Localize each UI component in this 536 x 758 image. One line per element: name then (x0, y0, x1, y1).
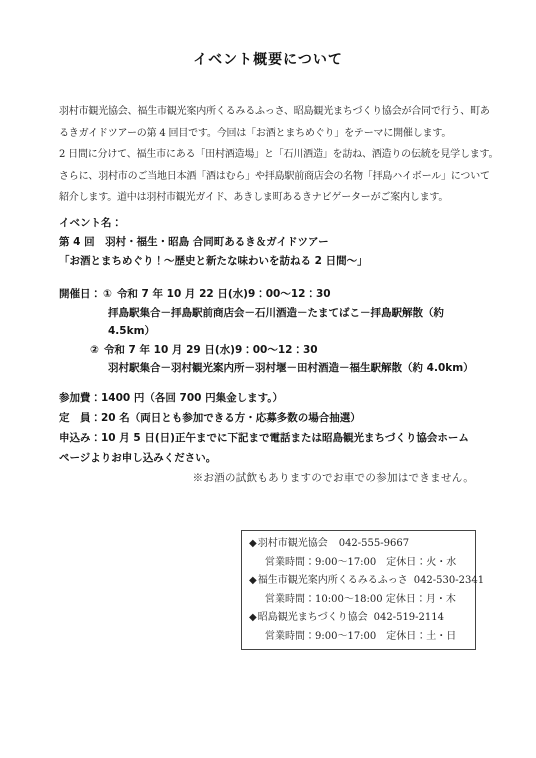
intro-line: さらに、羽村市のご当地日本酒「酒はむら」や拝島駅前商店会の名物「拝島ハイボール」… (59, 166, 481, 188)
event-name-title: 第 4 回 羽村・福生・昭島 合同町あるき＆ガイドツアー (59, 233, 489, 252)
day1-datetime: 令和 7 年 10 月 22 日(水)9：00～12：30 (117, 288, 331, 300)
org-name: 昭島観光まちづくり協会 (258, 612, 368, 623)
day1-route-line2: 4.5km） (108, 322, 499, 341)
diamond-bullet-icon: ◆ (249, 612, 257, 623)
application-line1: 申込み：10 月 5 日(日)正午までに下記まで電話または昭島観光まちづくり協会… (59, 428, 480, 448)
phone-number: 042-530-2341 (414, 575, 484, 586)
day1-route-line1: 拝島駅集合－拝島駅前商店会－石川酒造－たまてばこ－拝島駅解散（約 (108, 304, 499, 323)
business-hours: 営業時間：9:00～17:00 定休日：土・日 (265, 628, 471, 647)
fee-line: 参加費：1400 円（各回 700 円集金します。） (59, 388, 480, 408)
contact-entry: ◆福生市観光案内所くるみるふっさ042-530-2341 (249, 572, 471, 591)
contact-box: ◆羽村市観光協会042-555-9667 営業時間：9:00～17:00 定休日… (241, 530, 476, 650)
day2-route: 羽村駅集合－羽村観光案内所－羽村堰－田村酒造－福生駅解散（約 4.0km） (108, 359, 499, 378)
intro-paragraph: 羽村市観光協会、福生市観光案内所くるみるふっさ、昭島観光まちづくり協会が合同で行… (59, 101, 481, 209)
application-line2: ページよりお申し込みください。 (59, 448, 480, 468)
document-page: イベント概要について 羽村市観光協会、福生市観光案内所くるみるふっさ、昭島観光ま… (0, 0, 536, 758)
note-line: ※お酒の試飲もありますのでお車での参加はできません。 (59, 468, 480, 488)
intro-line: るきガイドツアーの第 4 回目です。今回は「お酒とまちめぐり」をテーマに開催しま… (59, 123, 481, 145)
phone-number: 042-519-2114 (374, 612, 444, 623)
intro-line: 紹介します。道中は羽村市観光ガイド、あきしま町あるきナビゲーターがご案内します。 (59, 187, 481, 209)
contact-entry: ◆昭島観光まちづくり協会042-519-2114 (249, 609, 471, 628)
schedule-label: 開催日： (59, 288, 101, 300)
business-hours: 営業時間：10:00～18:00 定休日：月・木 (265, 591, 471, 610)
schedule-day2-header: ②令和 7 年 10 月 29 日(水)9：00～12：30 (90, 341, 499, 360)
business-hours: 営業時間：9:00～17:00 定休日：火・水 (265, 554, 471, 573)
intro-line: 羽村市観光協会、福生市観光案内所くるみるふっさ、昭島観光まちづくり協会が合同で行… (59, 101, 481, 123)
diamond-bullet-icon: ◆ (249, 575, 257, 586)
diamond-bullet-icon: ◆ (249, 538, 257, 549)
page-title: イベント概要について (0, 49, 536, 69)
schedule-day1-header: 開催日：①令和 7 年 10 月 22 日(水)9：00～12：30 (59, 285, 499, 304)
event-name-label: イベント名： (59, 214, 489, 233)
org-name: 福生市観光案内所くるみるふっさ (258, 575, 408, 586)
intro-line: 2 日間に分けて、福生市にある「田村酒造場」と「石川酒造」を訪ね、酒造りの伝統を… (59, 144, 481, 166)
capacity-line: 定 員：20 名（両日とも参加できる方・応募多数の場合抽選） (59, 408, 480, 428)
event-name-subtitle: 「お酒とまちめぐり！～歴史と新たな味わいを訪ねる 2 日間～」 (59, 252, 489, 271)
schedule-section: 開催日：①令和 7 年 10 月 22 日(水)9：00～12：30 拝島駅集合… (59, 285, 499, 378)
day2-number: ② (90, 344, 99, 356)
contact-entry: ◆羽村市観光協会042-555-9667 (249, 535, 471, 554)
event-name-section: イベント名： 第 4 回 羽村・福生・昭島 合同町あるき＆ガイドツアー 「お酒と… (59, 214, 489, 271)
details-section: 参加費：1400 円（各回 700 円集金します。） 定 員：20 名（両日とも… (59, 388, 480, 488)
day2-datetime: 令和 7 年 10 月 29 日(水)9：00～12：30 (104, 344, 318, 356)
org-name: 羽村市観光協会 (258, 538, 328, 549)
day1-number: ① (103, 288, 112, 300)
phone-number: 042-555-9667 (339, 538, 409, 549)
